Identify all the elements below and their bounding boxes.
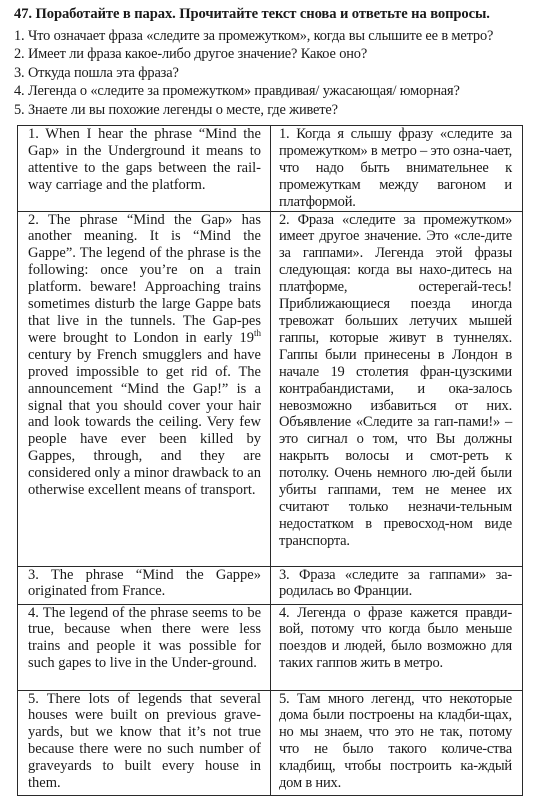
answers-table: 1. When I hear the phrase “Mind the Gap»… <box>17 125 523 796</box>
question-2: 2. Имеет ли фраза какое-либо другое знач… <box>14 45 493 63</box>
answer-row-3: 3. The phrase “Mind the Gappe» originate… <box>18 566 523 604</box>
answer-english-5: 5. There lots of legends that several ho… <box>18 690 271 795</box>
answer-russian-5: 5. Там много легенд, что некоторые дома … <box>271 690 523 795</box>
answer-english-2-part2: century by French smugglers and have pro… <box>28 347 261 498</box>
answer-english-2: 2. The phrase “Mind the Gap» has another… <box>18 211 271 566</box>
answer-row-4: 4. The legend of the phrase seems to be … <box>18 604 523 690</box>
answer-english-2-part1: 2. The phrase “Mind the Gap» has another… <box>28 212 261 346</box>
answer-russian-1: 1. Когда я слышу фразу «следите за проме… <box>271 126 523 212</box>
answer-russian-4: 4. Легенда о фразе кажется правди-вой, п… <box>271 604 523 690</box>
question-1: 1. Что означает фраза «следите за промеж… <box>14 27 493 45</box>
answer-english-4: 4. The legend of the phrase seems to be … <box>18 604 271 690</box>
question-list: 1. Что означает фраза «следите за промеж… <box>14 27 493 119</box>
answer-row-5: 5. There lots of legends that several ho… <box>18 690 523 795</box>
answer-english-3: 3. The phrase “Mind the Gappe» originate… <box>18 566 271 604</box>
question-5: 5. Знаете ли вы похожие легенды о месте,… <box>14 101 493 119</box>
question-3: 3. Откуда пошла эта фраза? <box>14 64 493 82</box>
answer-russian-2: 2. Фраза «следите за промежутком» имеет … <box>271 211 523 566</box>
answer-english-1: 1. When I hear the phrase “Mind the Gap»… <box>18 126 271 212</box>
ordinal-suffix: th <box>254 328 261 338</box>
answer-russian-3: 3. Фраза «следите за гаппами» за-родилас… <box>271 566 523 604</box>
answer-row-2: 2. The phrase “Mind the Gap» has another… <box>18 211 523 566</box>
answer-row-1: 1. When I hear the phrase “Mind the Gap»… <box>18 126 523 212</box>
exercise-heading: 47. Поработайте в парах. Прочитайте текс… <box>14 6 490 23</box>
question-4: 4. Легенда о «следите за промежутком» пр… <box>14 82 493 100</box>
